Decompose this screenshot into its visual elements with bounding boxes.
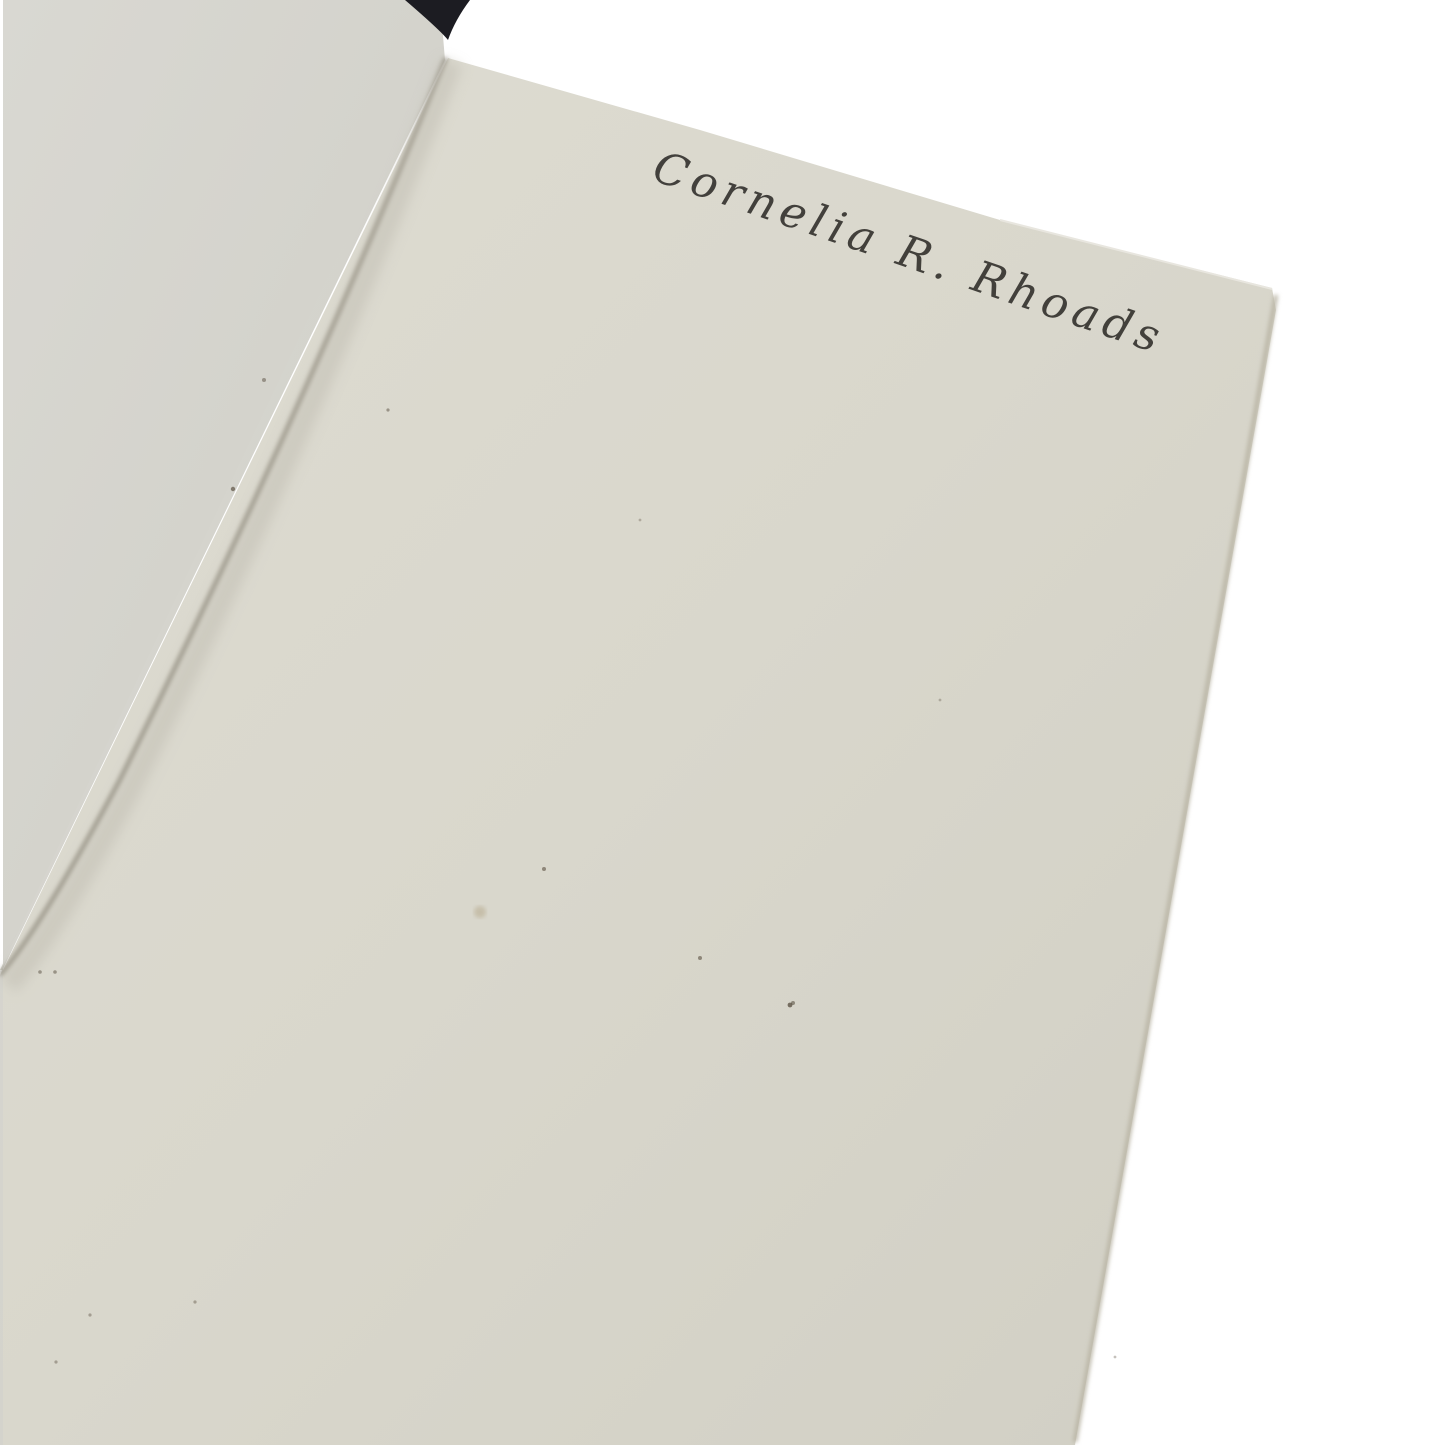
book-illustration — [0, 0, 1445, 1445]
book-photo: Cornelia R. Rhoads — [0, 0, 1445, 1445]
